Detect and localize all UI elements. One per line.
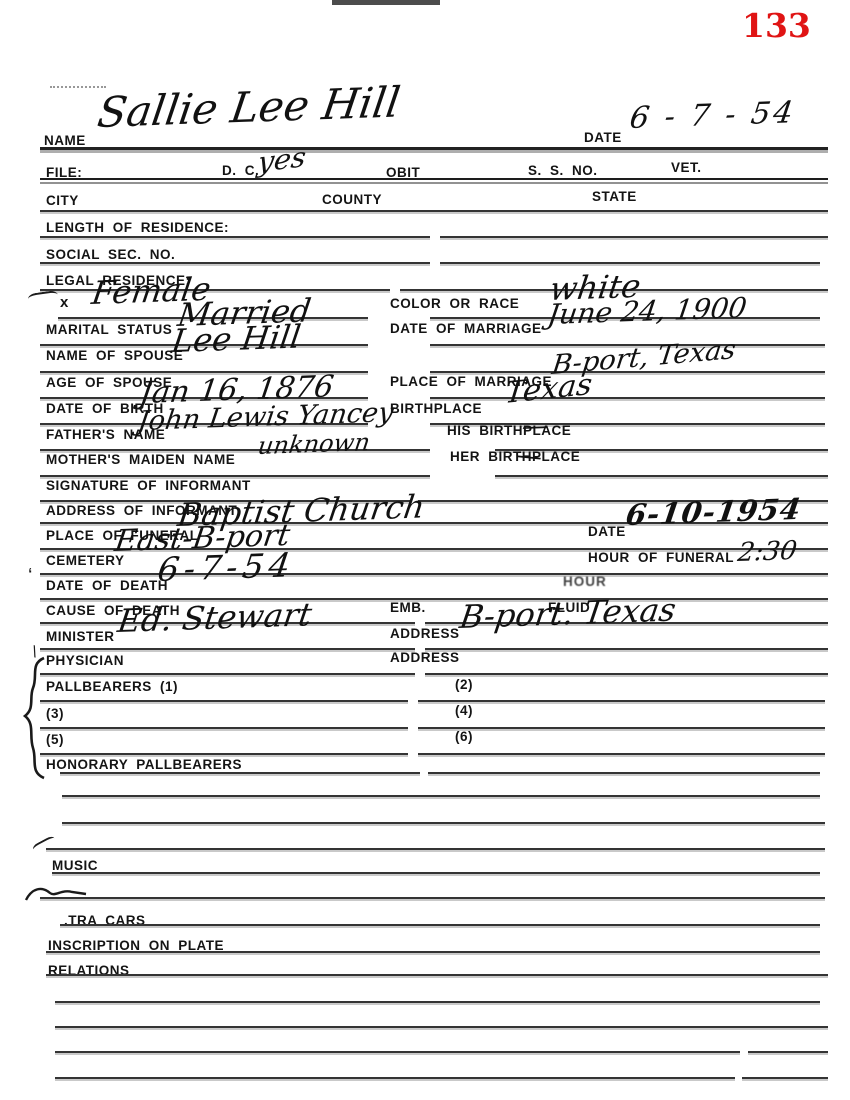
rule-line xyxy=(748,1051,828,1053)
rule-line xyxy=(55,1077,735,1079)
pen-mark xyxy=(27,290,58,304)
label-color-or-race: COLOR OR RACE xyxy=(390,296,519,311)
rule-line xyxy=(425,673,828,675)
rule-line xyxy=(418,700,825,702)
value-mothers-maiden-name: unknown xyxy=(256,428,372,460)
rule-line xyxy=(46,974,828,976)
scan-top-bar xyxy=(332,0,440,5)
label-city: CITY xyxy=(46,193,79,208)
rule-line xyxy=(742,1077,828,1079)
rule-line xyxy=(60,772,420,774)
label-physician: PHYSICIAN xyxy=(46,653,124,668)
value-her-birthplace: — xyxy=(514,440,543,473)
page-number: 133 xyxy=(742,6,811,45)
rule-line xyxy=(40,897,825,899)
label-minister: MINISTER xyxy=(46,629,115,644)
funeral-record-scan: 133 NAME Sallie Lee Hill DATE 6 - 7 - 54… xyxy=(0,0,850,1100)
label-pallbearers-1: PALLBEARERS (1) xyxy=(46,679,178,694)
pen-mark: ʻ xyxy=(28,566,32,589)
value-date: 6 - 7 - 54 xyxy=(628,95,799,136)
rule-line xyxy=(52,872,820,874)
label-music: MUSIC xyxy=(52,858,98,873)
value-date-of-marriage: June 24, 1900 xyxy=(546,291,749,331)
label-signature-of-informant: SIGNATURE OF INFORMANT xyxy=(46,478,251,493)
pen-squiggle xyxy=(24,884,88,904)
label-his-birthplace: HIS BIRTHPLACE xyxy=(447,423,571,438)
label-marital-status: MARITAL STATUS xyxy=(46,322,172,337)
label-dc: D. C. xyxy=(222,163,259,178)
label-funeral-date: DATE xyxy=(588,524,626,539)
label-state: STATE xyxy=(592,189,637,204)
rule-line xyxy=(428,772,820,774)
label-emb: EMB. xyxy=(390,600,426,615)
rule-line xyxy=(418,753,825,755)
label-minister-address: ADDRESS xyxy=(390,626,460,641)
label-pallbearers-2: (2) xyxy=(455,677,473,692)
rule-line xyxy=(46,951,820,953)
rule-line xyxy=(40,210,828,212)
rule-line xyxy=(40,648,415,650)
label-pallbearers-5: (5) xyxy=(46,732,64,747)
label-hour: HOUR xyxy=(563,574,607,589)
label-physician-address: ADDRESS xyxy=(390,650,460,665)
value-minister: Ed. Stewart xyxy=(115,595,314,640)
value-name: Sallie Lee Hill xyxy=(95,78,404,137)
rule-line xyxy=(40,449,430,451)
label-pallbearers-6: (6) xyxy=(455,729,473,744)
rule-line xyxy=(430,397,825,399)
rule-line xyxy=(40,236,430,238)
value-funeral-date: 6-10-1954 xyxy=(624,492,804,532)
rule-line xyxy=(55,1051,740,1053)
rule-line xyxy=(40,147,828,150)
pen-mark xyxy=(32,835,57,853)
label-name-of-spouse: NAME OF SPOUSE xyxy=(46,348,183,363)
label-sex-x: x xyxy=(60,294,69,311)
value-name-of-spouse: Lee Hill xyxy=(169,318,303,360)
rule-line xyxy=(60,924,820,926)
rule-line xyxy=(62,822,825,824)
rule-line xyxy=(40,753,408,755)
label-name: NAME xyxy=(44,133,86,148)
label-date: DATE xyxy=(584,130,622,145)
label-vet: VET. xyxy=(671,160,702,175)
label-ssno: S. S. NO. xyxy=(528,163,598,178)
label-length-of-residence: LENGTH OF RESIDENCE: xyxy=(46,220,229,235)
rule-line xyxy=(440,236,828,238)
rule-line xyxy=(425,648,828,650)
rule-line xyxy=(40,475,430,477)
rule-line xyxy=(40,262,430,264)
label-pallbearers-3: (3) xyxy=(46,706,64,721)
label-birthplace: BIRTHPLACE xyxy=(390,401,482,416)
value-hour-of-funeral: 2:30 xyxy=(736,536,799,568)
label-hour-of-funeral: HOUR OF FUNERAL xyxy=(588,550,734,565)
rule-line xyxy=(40,700,408,702)
scan-speck xyxy=(50,86,106,88)
rule-line xyxy=(55,1026,828,1028)
value-date-of-death: 6-7-54 xyxy=(155,545,298,589)
rule-line xyxy=(62,795,820,797)
label-county: COUNTY xyxy=(322,192,382,207)
label-date-of-marriage: DATE OF MARRIAGE xyxy=(390,321,542,336)
value-minister-address: B-port. Texas xyxy=(457,591,678,636)
label-mothers-maiden-name: MOTHER'S MAIDEN NAME xyxy=(46,452,235,467)
rule-line xyxy=(55,1001,820,1003)
rule-line xyxy=(418,727,825,729)
rule-line xyxy=(440,262,820,264)
label-pallbearers-4: (4) xyxy=(455,703,473,718)
label-date-of-death: DATE OF DEATH xyxy=(46,578,168,593)
rule-line xyxy=(40,178,828,180)
rule-line xyxy=(40,727,408,729)
rule-line xyxy=(495,475,828,477)
label-honorary-pallbearers: HONORARY PALLBEARERS xyxy=(46,757,242,772)
rule-line xyxy=(40,673,415,675)
label-social-sec-no: SOCIAL SEC. NO. xyxy=(46,247,175,262)
value-his-birthplace: — xyxy=(520,411,550,442)
value-dc: yes xyxy=(256,140,308,178)
rule-line xyxy=(46,848,825,850)
